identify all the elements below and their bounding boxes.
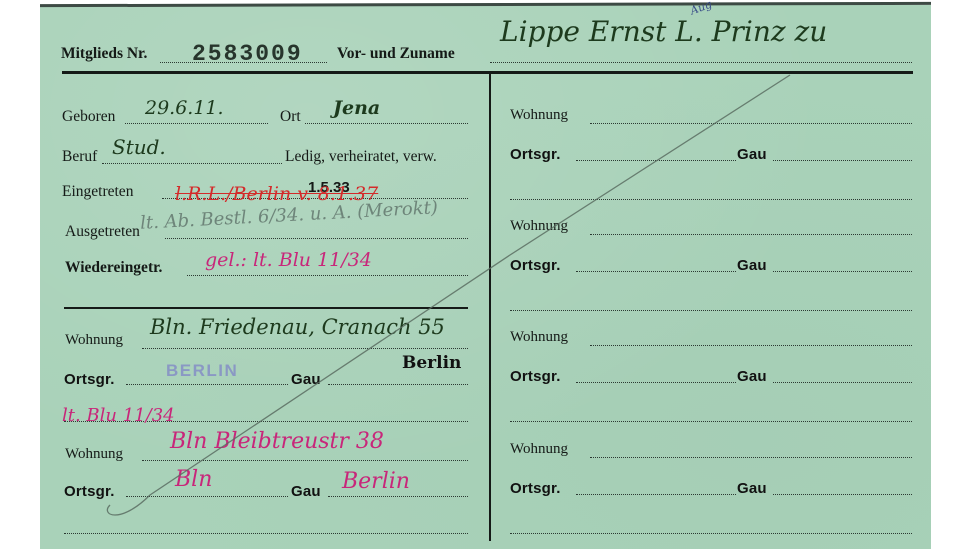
right-gau-label-1: Gau: [737, 146, 767, 163]
right-local-group-label-2: Ortsgr.: [510, 257, 561, 274]
gau-label-2: Gau: [291, 483, 321, 500]
bottom-line-left: [64, 533, 468, 534]
member-no-label: Mitglieds Nr.: [61, 45, 147, 63]
occupation-line: [102, 163, 282, 164]
right-gau-line-3: [773, 382, 912, 383]
place-value: Jena: [333, 97, 380, 119]
right-local-group-line-4: [576, 494, 736, 495]
name-value: Lippe Ernst L. Prinz zu: [500, 15, 827, 48]
pre-note: lt. Blu 11/34: [62, 405, 175, 426]
right-local-group-label-1: Ortsgr.: [510, 146, 561, 163]
right-gau-line-4: [773, 494, 912, 495]
residence-label-2: Wohnung: [65, 446, 123, 463]
right-local-group-label-4: Ortsgr.: [510, 480, 561, 497]
name-label: Vor- und Zuname: [337, 45, 455, 63]
gau-line-1: [328, 384, 468, 385]
left-label: Ausgetreten: [65, 223, 140, 241]
rejoined-label: Wiedereingetr.: [65, 259, 162, 277]
born-value: 29.6.11.: [145, 97, 224, 119]
right-extra-line-2: [510, 310, 912, 311]
residence-label-1: Wohnung: [65, 332, 123, 349]
marital-status-label: Ledig, verheiratet, verw.: [285, 148, 437, 166]
right-residence-label-2: Wohnung: [510, 218, 568, 235]
member-no-value: 2583009: [192, 41, 303, 67]
residence-value-2: Bln Bleibtreustr 38: [170, 429, 384, 454]
right-gau-line-2: [773, 271, 912, 272]
occupation-value: Stud.: [112, 135, 166, 159]
right-residence-label-1: Wohnung: [510, 107, 568, 124]
residence-line-1: [142, 348, 468, 349]
right-residence-line-1: [590, 123, 912, 124]
residence-value-1: Bln. Friedenau, Cranach 55: [150, 315, 445, 339]
right-residence-line-4: [590, 457, 912, 458]
rejoined-line: [187, 275, 468, 276]
pencil-cancel-stroke: [40, 5, 931, 549]
right-local-group-label-3: Ortsgr.: [510, 368, 561, 385]
gau-value-1: Berlin: [402, 353, 461, 373]
right-local-group-line-1: [576, 160, 736, 161]
right-extra-line-4: [510, 533, 912, 534]
local-group-label-2: Ortsgr.: [64, 483, 115, 500]
gau-line-2: [328, 496, 468, 497]
residence-line-2: [142, 460, 468, 461]
right-gau-label-4: Gau: [737, 480, 767, 497]
joined-label: Eingetreten: [62, 183, 133, 201]
local-group-stamp-1: BERLIN: [166, 361, 238, 381]
born-label: Geboren: [62, 108, 115, 126]
right-residence-label-3: Wohnung: [510, 329, 568, 346]
right-local-group-line-2: [576, 271, 736, 272]
right-residence-line-2: [590, 234, 912, 235]
born-line: [125, 123, 268, 124]
membership-card: Mitglieds Nr. 2583009 Vor- und Zuname Li…: [40, 5, 931, 549]
right-gau-label-3: Gau: [737, 368, 767, 385]
section-rule: [64, 307, 468, 309]
right-gau-line-1: [773, 160, 912, 161]
local-group-label-1: Ortsgr.: [64, 371, 115, 388]
local-group-line-2: [126, 496, 288, 497]
name-line: [490, 62, 912, 63]
right-residence-label-4: Wohnung: [510, 441, 568, 458]
place-label: Ort: [280, 108, 301, 126]
local-group-line-1: [126, 384, 288, 385]
rejoined-value: gel.: lt. Blu 11/34: [205, 249, 372, 271]
left-line: [165, 238, 468, 239]
header-rule: [62, 71, 913, 74]
right-extra-line-3: [510, 421, 912, 422]
local-group-value-2: Bln: [175, 467, 212, 492]
gau-label-1: Gau: [291, 371, 321, 388]
right-residence-line-3: [590, 345, 912, 346]
right-local-group-line-3: [576, 382, 736, 383]
place-line: [305, 123, 468, 124]
gau-value-2: Berlin: [342, 469, 410, 494]
right-extra-line-1: [510, 199, 912, 200]
right-gau-label-2: Gau: [737, 257, 767, 274]
occupation-label: Beruf: [62, 148, 97, 166]
column-divider: [489, 74, 491, 541]
